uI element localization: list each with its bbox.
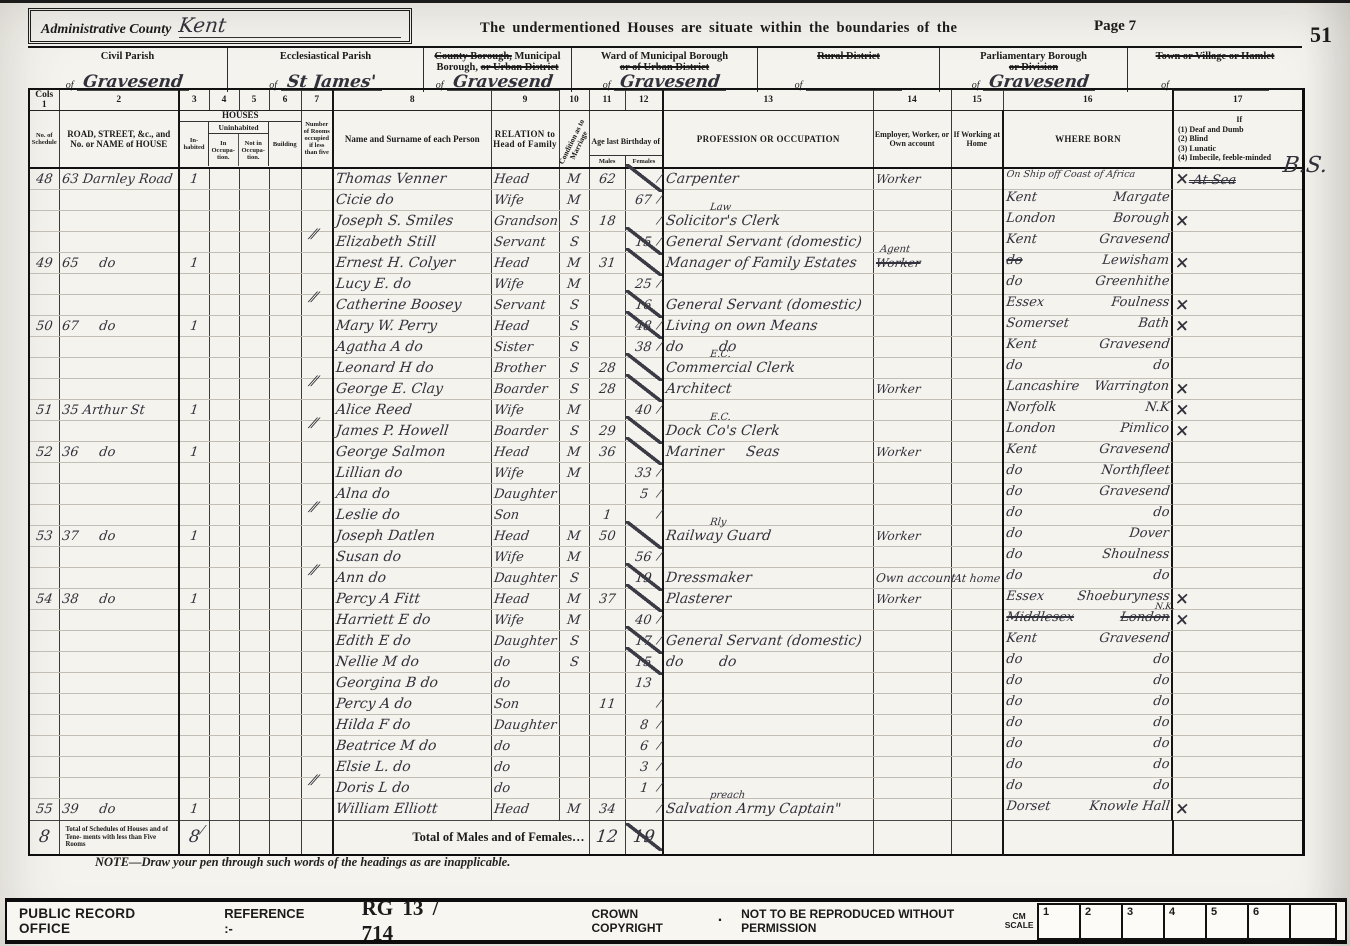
cell-employer bbox=[873, 778, 951, 799]
cell-occupation: / bbox=[663, 274, 873, 295]
headings-note: NOTE—Draw your pen through such words of… bbox=[95, 855, 510, 870]
cell-condition bbox=[559, 778, 589, 799]
cell-building bbox=[269, 295, 301, 316]
cell-rooms bbox=[301, 442, 333, 463]
cell-uninhabited-not-in-occupation bbox=[239, 168, 269, 190]
infirmity-cross-mark: × bbox=[1174, 589, 1191, 609]
cell-relation: Wife bbox=[491, 547, 559, 568]
cell-where-born: dodo bbox=[1004, 505, 1173, 526]
cell-houses-inhabited bbox=[179, 358, 209, 379]
cell-age-female: 19 bbox=[625, 568, 663, 589]
census-row: Harriett E doWifeM40/MiddlesexLondonN.K.… bbox=[29, 610, 1303, 631]
cell-rooms: // bbox=[301, 295, 333, 316]
cell-uninhabited-not-in-occupation bbox=[239, 463, 269, 484]
cell-rooms bbox=[301, 190, 333, 211]
cell-building bbox=[269, 652, 301, 673]
cell-rooms bbox=[301, 589, 333, 610]
cell-schedule-number bbox=[29, 337, 59, 358]
cell-address bbox=[59, 757, 179, 778]
cell-infirmity bbox=[1173, 778, 1303, 799]
cell-working-at-home bbox=[951, 379, 1003, 400]
cell-uninhabited-in-occupation bbox=[209, 589, 239, 610]
cell-address bbox=[59, 778, 179, 799]
cell-relation: do bbox=[491, 778, 559, 799]
cell-working-at-home bbox=[951, 757, 1003, 778]
cell-uninhabited-not-in-occupation bbox=[239, 337, 269, 358]
cell-age-male bbox=[589, 190, 625, 211]
cell-employer bbox=[873, 211, 951, 232]
cell-schedule-number: 54 bbox=[29, 589, 59, 610]
cell-where-born: doNorthfleet bbox=[1004, 463, 1173, 484]
cell-where-born: KentGravesend bbox=[1004, 337, 1173, 358]
pro-footer-strip: PUBLIC RECORD OFFICE REFERENCE :- RG 13 … bbox=[5, 898, 1347, 944]
cell-name: Joseph Datlen bbox=[333, 526, 491, 547]
census-row: Hilda F doDaughter8/dodo bbox=[29, 715, 1303, 736]
cell-building bbox=[269, 379, 301, 400]
cm-scale-box: 6 bbox=[1247, 903, 1291, 940]
cell-name: Elizabeth Still bbox=[333, 232, 491, 253]
census-row: Lillian doWifeM33/doNorthfleet bbox=[29, 463, 1303, 484]
cell-employer bbox=[873, 316, 951, 337]
cell-uninhabited-in-occupation bbox=[209, 799, 239, 821]
census-row: Lucy E. doWifeM25/doGreenhithe bbox=[29, 274, 1303, 295]
header-occupation: PROFESSION OR OCCUPATION bbox=[663, 111, 873, 168]
cell-employer bbox=[873, 484, 951, 505]
cell-infirmity bbox=[1173, 715, 1303, 736]
total-mf-label: Total of Males and of Females… bbox=[333, 820, 589, 855]
cell-houses-inhabited: 1 bbox=[179, 253, 209, 274]
census-row: 5236 do1George SalmonHeadM36Mariner Seas… bbox=[29, 442, 1303, 463]
census-row: Susan doWifeM56/doShoulness bbox=[29, 547, 1303, 568]
cell-working-at-home bbox=[951, 358, 1003, 379]
cell-working-at-home bbox=[951, 316, 1003, 337]
cell-building bbox=[269, 799, 301, 821]
cell-houses-inhabited bbox=[179, 463, 209, 484]
cell-name: James P. Howell bbox=[333, 421, 491, 442]
cell-building bbox=[269, 526, 301, 547]
census-row: //Catherine BooseyServantS16General Serv… bbox=[29, 295, 1303, 316]
cell-condition: M bbox=[559, 799, 589, 821]
cell-uninhabited-in-occupation bbox=[209, 421, 239, 442]
cell-uninhabited-in-occupation bbox=[209, 673, 239, 694]
cell-relation: Son bbox=[491, 694, 559, 715]
cell-rooms: // bbox=[301, 778, 333, 799]
municipal-borough-box: County Borough, Municipal Borough, or Ur… bbox=[424, 48, 572, 92]
cell-where-born: dodo bbox=[1004, 694, 1173, 715]
cell-occupation: Commercial ClerkE.C. bbox=[663, 358, 873, 379]
census-row: Nellie M dodoS15do dododo bbox=[29, 652, 1303, 673]
cell-age-male bbox=[589, 547, 625, 568]
cell-uninhabited-not-in-occupation bbox=[239, 694, 269, 715]
cell-uninhabited-not-in-occupation bbox=[239, 421, 269, 442]
cell-working-at-home bbox=[951, 526, 1003, 547]
cell-uninhabited-in-occupation bbox=[209, 400, 239, 421]
cell-address bbox=[59, 274, 179, 295]
census-row: //George E. ClayBoarderS28ArchitectWorke… bbox=[29, 379, 1303, 400]
cell-houses-inhabited bbox=[179, 652, 209, 673]
cell-relation: Head bbox=[491, 253, 559, 274]
col-num-9: 9 bbox=[491, 89, 559, 111]
cell-name: Lucy E. do bbox=[333, 274, 491, 295]
cell-relation: Servant bbox=[491, 232, 559, 253]
cell-age-male: 29 bbox=[589, 421, 625, 442]
cell-name: Ernest H. Colyer bbox=[333, 253, 491, 274]
cell-condition: S bbox=[559, 652, 589, 673]
cell-houses-inhabited bbox=[179, 778, 209, 799]
cell-address bbox=[59, 295, 179, 316]
cell-where-born: dodo bbox=[1004, 715, 1173, 736]
cell-uninhabited-in-occupation bbox=[209, 568, 239, 589]
cell-address: 67 do bbox=[59, 316, 179, 337]
cell-age-male bbox=[589, 715, 625, 736]
cell-houses-inhabited bbox=[179, 232, 209, 253]
cm-scale-label: CM SCALE bbox=[1001, 912, 1037, 930]
header-employer: Employer, Worker, or Own account bbox=[873, 111, 951, 168]
cell-infirmity bbox=[1173, 337, 1303, 358]
cell-uninhabited-in-occupation bbox=[209, 610, 239, 631]
cell-working-at-home bbox=[951, 190, 1003, 211]
cell-uninhabited-not-in-occupation bbox=[239, 190, 269, 211]
cell-address: 39 do bbox=[59, 799, 179, 821]
cell-address: 36 do bbox=[59, 442, 179, 463]
cell-employer bbox=[873, 400, 951, 421]
cell-working-at-home bbox=[951, 337, 1003, 358]
census-row: //James P. HowellBoarderS29Dock Co's Cle… bbox=[29, 421, 1303, 442]
cell-uninhabited-in-occupation bbox=[209, 463, 239, 484]
infirmity-cross-mark: × bbox=[1174, 295, 1191, 315]
cell-where-born: doGravesend bbox=[1004, 484, 1173, 505]
cell-working-at-home bbox=[951, 274, 1003, 295]
cell-age-male: 18 bbox=[589, 211, 625, 232]
col-num-8: 8 bbox=[333, 89, 491, 111]
cell-uninhabited-not-in-occupation bbox=[239, 799, 269, 821]
cell-where-born: NorfolkN.K bbox=[1004, 400, 1173, 421]
cell-employer bbox=[873, 505, 951, 526]
cell-infirmity: × bbox=[1173, 799, 1303, 821]
header-schedule: No. of Schedule bbox=[29, 111, 59, 168]
civil-parish-value: Gravesend bbox=[83, 77, 184, 88]
header-road: ROAD, STREET, &c., and No. or NAME of HO… bbox=[59, 111, 179, 168]
cell-age-male bbox=[589, 316, 625, 337]
cell-working-at-home bbox=[951, 694, 1003, 715]
cell-occupation: /Living on own Means bbox=[663, 316, 873, 337]
cell-working-at-home bbox=[951, 168, 1003, 190]
cell-relation: do bbox=[491, 757, 559, 778]
cell-rooms bbox=[301, 463, 333, 484]
cell-infirmity: × bbox=[1173, 421, 1303, 442]
census-row: Agatha A doSisterS38/do doKentGravesend bbox=[29, 337, 1303, 358]
cell-employer bbox=[873, 799, 951, 821]
cell-uninhabited-in-occupation bbox=[209, 694, 239, 715]
cm-scale-box: 3 bbox=[1121, 903, 1165, 940]
cell-name: Harriett E do bbox=[333, 610, 491, 631]
cell-employer bbox=[873, 358, 951, 379]
cell-age-female bbox=[625, 526, 663, 547]
tally-stroke bbox=[626, 584, 662, 612]
cell-working-at-home bbox=[951, 484, 1003, 505]
cell-houses-inhabited: 1 bbox=[179, 442, 209, 463]
census-row: Percy A doSon11/dodo bbox=[29, 694, 1303, 715]
cell-address bbox=[59, 631, 179, 652]
cell-condition bbox=[559, 505, 589, 526]
cell-where-born: DorsetKnowle Hall bbox=[1004, 799, 1173, 820]
cell-infirmity bbox=[1173, 673, 1303, 694]
cell-age-male: 37 bbox=[589, 589, 625, 610]
cell-relation: Brother bbox=[491, 358, 559, 379]
cell-age-male: 62 bbox=[589, 168, 625, 190]
cell-name: Joseph S. Smiles bbox=[333, 211, 491, 232]
cell-working-at-home bbox=[951, 463, 1003, 484]
cell-rooms: // bbox=[301, 379, 333, 400]
cell-employer bbox=[873, 652, 951, 673]
census-row: Beatrice M dodo6/dodo bbox=[29, 736, 1303, 757]
cell-condition bbox=[559, 673, 589, 694]
cell-where-born: LondonPimlico bbox=[1004, 421, 1173, 442]
cell-infirmity: × bbox=[1173, 211, 1303, 232]
cell-schedule-number: 48 bbox=[29, 168, 59, 190]
separator-dot: · bbox=[718, 912, 723, 930]
cell-uninhabited-not-in-occupation bbox=[239, 631, 269, 652]
cell-uninhabited-in-occupation bbox=[209, 379, 239, 400]
cell-employer bbox=[873, 631, 951, 652]
cell-name: Agatha A do bbox=[333, 337, 491, 358]
cell-address: 38 do bbox=[59, 589, 179, 610]
cell-employer bbox=[873, 715, 951, 736]
cell-age-male bbox=[589, 274, 625, 295]
cell-condition: S bbox=[559, 211, 589, 232]
cell-houses-inhabited bbox=[179, 715, 209, 736]
cell-where-born: dodo bbox=[1004, 568, 1173, 589]
cell-uninhabited-not-in-occupation bbox=[239, 442, 269, 463]
col-num-2: 2 bbox=[59, 89, 179, 111]
cell-employer bbox=[873, 190, 951, 211]
cell-employer bbox=[873, 274, 951, 295]
cell-houses-inhabited bbox=[179, 610, 209, 631]
cell-schedule-number bbox=[29, 421, 59, 442]
page-margin-shade bbox=[1304, 0, 1350, 946]
cell-condition: S bbox=[559, 568, 589, 589]
cell-uninhabited-not-in-occupation bbox=[239, 526, 269, 547]
cell-where-born: dodo bbox=[1004, 736, 1173, 757]
header-building: Building bbox=[269, 122, 301, 166]
cell-name: Percy A do bbox=[333, 694, 491, 715]
cell-building bbox=[269, 421, 301, 442]
cell-occupation: Mariner Seas bbox=[663, 442, 873, 463]
cell-infirmity bbox=[1173, 484, 1303, 505]
cell-relation: Wife bbox=[491, 463, 559, 484]
cell-age-male: 11 bbox=[589, 694, 625, 715]
cell-uninhabited-in-occupation bbox=[209, 232, 239, 253]
cell-relation: Daughter bbox=[491, 568, 559, 589]
cell-infirmity bbox=[1173, 568, 1303, 589]
cell-rooms bbox=[301, 316, 333, 337]
infirmity-cross-mark: × bbox=[1174, 400, 1191, 420]
cell-houses-inhabited bbox=[179, 421, 209, 442]
cell-relation: Daughter bbox=[491, 631, 559, 652]
tally-stroke bbox=[626, 437, 662, 465]
cell-infirmity bbox=[1173, 652, 1303, 673]
cell-employer bbox=[873, 295, 951, 316]
cell-uninhabited-in-occupation bbox=[209, 547, 239, 568]
header-age: Age last Birthday of MalesFemales bbox=[589, 111, 663, 168]
cell-occupation: Dock Co's ClerkE.C. bbox=[663, 421, 873, 442]
cell-schedule-number bbox=[29, 736, 59, 757]
parliamentary-borough-box: Parliamentary Borough or Division ofGrav… bbox=[940, 48, 1128, 92]
cell-houses-inhabited bbox=[179, 736, 209, 757]
census-row: Georgina B dodo13dodo bbox=[29, 673, 1303, 694]
cell-schedule-number bbox=[29, 211, 59, 232]
ward-box: Ward of Municipal Borough or of Urban Di… bbox=[572, 48, 758, 92]
reference-value: RG 13 / 714 bbox=[362, 896, 467, 946]
cell-schedule-number bbox=[29, 610, 59, 631]
cell-condition: S bbox=[559, 421, 589, 442]
cell-working-at-home bbox=[951, 547, 1003, 568]
cell-infirmity bbox=[1173, 505, 1303, 526]
cell-address: 65 do bbox=[59, 253, 179, 274]
cell-address bbox=[59, 505, 179, 526]
col-num-15: 15 bbox=[951, 89, 1003, 111]
cell-building bbox=[269, 358, 301, 379]
cell-address bbox=[59, 715, 179, 736]
cell-where-born: SomersetBath bbox=[1004, 316, 1173, 337]
cell-condition: S bbox=[559, 358, 589, 379]
cell-houses-inhabited bbox=[179, 673, 209, 694]
cell-building bbox=[269, 589, 301, 610]
census-row: 5539 do1William ElliottHeadM34/Salvation… bbox=[29, 799, 1303, 821]
cell-employer bbox=[873, 736, 951, 757]
cell-uninhabited-not-in-occupation bbox=[239, 400, 269, 421]
cell-age-male: 1 bbox=[589, 505, 625, 526]
cell-name: Beatrice M do bbox=[333, 736, 491, 757]
cell-uninhabited-not-in-occupation bbox=[239, 211, 269, 232]
cell-name: Cicie do bbox=[333, 190, 491, 211]
cell-occupation: / bbox=[663, 463, 873, 484]
cell-infirmity bbox=[1173, 736, 1303, 757]
cell-building bbox=[269, 463, 301, 484]
ward-value: Gravesend bbox=[620, 77, 721, 88]
cell-relation: Boarder bbox=[491, 421, 559, 442]
cell-condition: S bbox=[559, 631, 589, 652]
cell-name: Georgina B do bbox=[333, 673, 491, 694]
cell-condition bbox=[559, 484, 589, 505]
cell-uninhabited-in-occupation bbox=[209, 631, 239, 652]
cell-schedule-number bbox=[29, 484, 59, 505]
census-row: Cicie doWifeM67/KentMargate bbox=[29, 190, 1303, 211]
cell-working-at-home: At home bbox=[951, 568, 1003, 589]
cell-occupation: / bbox=[663, 547, 873, 568]
cell-condition: M bbox=[559, 547, 589, 568]
total-males: 12 bbox=[589, 820, 625, 855]
administrative-county-box: Administrative County Kent bbox=[28, 8, 412, 44]
cell-working-at-home bbox=[951, 631, 1003, 652]
census-row: 5067 do1Mary W. PerryHeadS48/Living on o… bbox=[29, 316, 1303, 337]
ecclesiastical-parish-box: Ecclesiastical Parish ofSt James' bbox=[228, 48, 424, 92]
cell-relation: Wife bbox=[491, 274, 559, 295]
cell-infirmity bbox=[1173, 463, 1303, 484]
cell-occupation: do do bbox=[663, 652, 873, 673]
cell-uninhabited-not-in-occupation bbox=[239, 757, 269, 778]
census-row: 5135 Arthur St1Alice ReedWifeM40/Norfolk… bbox=[29, 400, 1303, 421]
census-row: 5438 do1Percy A FittHeadM37PlastererWork… bbox=[29, 589, 1303, 610]
cell-schedule-number bbox=[29, 232, 59, 253]
cell-uninhabited-in-occupation bbox=[209, 778, 239, 799]
header-where-born: WHERE BORN bbox=[1003, 111, 1173, 168]
cell-working-at-home bbox=[951, 442, 1003, 463]
cell-uninhabited-not-in-occupation bbox=[239, 316, 269, 337]
cell-condition: M bbox=[559, 442, 589, 463]
cell-uninhabited-not-in-occupation bbox=[239, 358, 269, 379]
town-village-box: Town or Village or Hamlet of bbox=[1128, 48, 1302, 92]
cell-houses-inhabited: 1 bbox=[179, 316, 209, 337]
cell-where-born: doShoulness bbox=[1004, 547, 1173, 568]
cell-uninhabited-not-in-occupation bbox=[239, 610, 269, 631]
total-houses-value: 8/ bbox=[179, 820, 209, 855]
census-row: //Ann doDaughterS19DressmakerOwn account… bbox=[29, 568, 1303, 589]
cell-infirmity: × bbox=[1173, 316, 1303, 337]
cell-condition: M bbox=[559, 610, 589, 631]
cell-houses-inhabited bbox=[179, 337, 209, 358]
census-row: //Elizabeth StillServantS15/General Serv… bbox=[29, 232, 1303, 253]
cell-uninhabited-not-in-occupation bbox=[239, 379, 269, 400]
cell-rooms: // bbox=[301, 421, 333, 442]
cell-age-female bbox=[625, 442, 663, 463]
cell-occupation: / bbox=[663, 505, 873, 526]
col-num-5: 5 bbox=[239, 89, 269, 111]
cell-infirmity bbox=[1173, 526, 1303, 547]
cell-houses-inhabited: 1 bbox=[179, 168, 209, 190]
cell-occupation: /General Servant (domestic) bbox=[663, 232, 873, 253]
cell-condition: S bbox=[559, 379, 589, 400]
cell-building bbox=[269, 736, 301, 757]
cell-where-born: doLewisham bbox=[1004, 253, 1173, 274]
cell-age-male: 36 bbox=[589, 442, 625, 463]
cell-uninhabited-not-in-occupation bbox=[239, 253, 269, 274]
cell-occupation: / bbox=[663, 715, 873, 736]
cell-age-male bbox=[589, 778, 625, 799]
cell-employer bbox=[873, 694, 951, 715]
cell-relation: Wife bbox=[491, 610, 559, 631]
col-num-13: 13 bbox=[663, 89, 873, 111]
cell-infirmity: × bbox=[1173, 379, 1303, 400]
cell-uninhabited-not-in-occupation bbox=[239, 715, 269, 736]
cell-condition: M bbox=[559, 463, 589, 484]
cell-occupation: / bbox=[663, 757, 873, 778]
cell-address bbox=[59, 736, 179, 757]
cell-infirmity: × bbox=[1173, 253, 1303, 274]
cell-schedule-number: 55 bbox=[29, 799, 59, 821]
folio-number: 51 bbox=[1310, 22, 1332, 48]
cell-occupation: / bbox=[663, 736, 873, 757]
cell-building bbox=[269, 190, 301, 211]
cell-building bbox=[269, 715, 301, 736]
cell-rooms: // bbox=[301, 505, 333, 526]
cell-uninhabited-in-occupation bbox=[209, 715, 239, 736]
cell-relation: do bbox=[491, 673, 559, 694]
cell-occupation: Railway GuardRly bbox=[663, 526, 873, 547]
cell-working-at-home bbox=[951, 778, 1003, 799]
subheader-boxes: Civil Parish ofGravesend Ecclesiastical … bbox=[28, 46, 1302, 92]
cell-building bbox=[269, 168, 301, 190]
cell-schedule-number: 53 bbox=[29, 526, 59, 547]
cell-condition: S bbox=[559, 295, 589, 316]
cell-houses-inhabited bbox=[179, 274, 209, 295]
cell-houses-inhabited: 1 bbox=[179, 799, 209, 821]
cell-name: Elsie L. do bbox=[333, 757, 491, 778]
cell-condition: M bbox=[559, 526, 589, 547]
cell-working-at-home bbox=[951, 211, 1003, 232]
cell-age-male bbox=[589, 652, 625, 673]
cell-condition: S bbox=[559, 316, 589, 337]
